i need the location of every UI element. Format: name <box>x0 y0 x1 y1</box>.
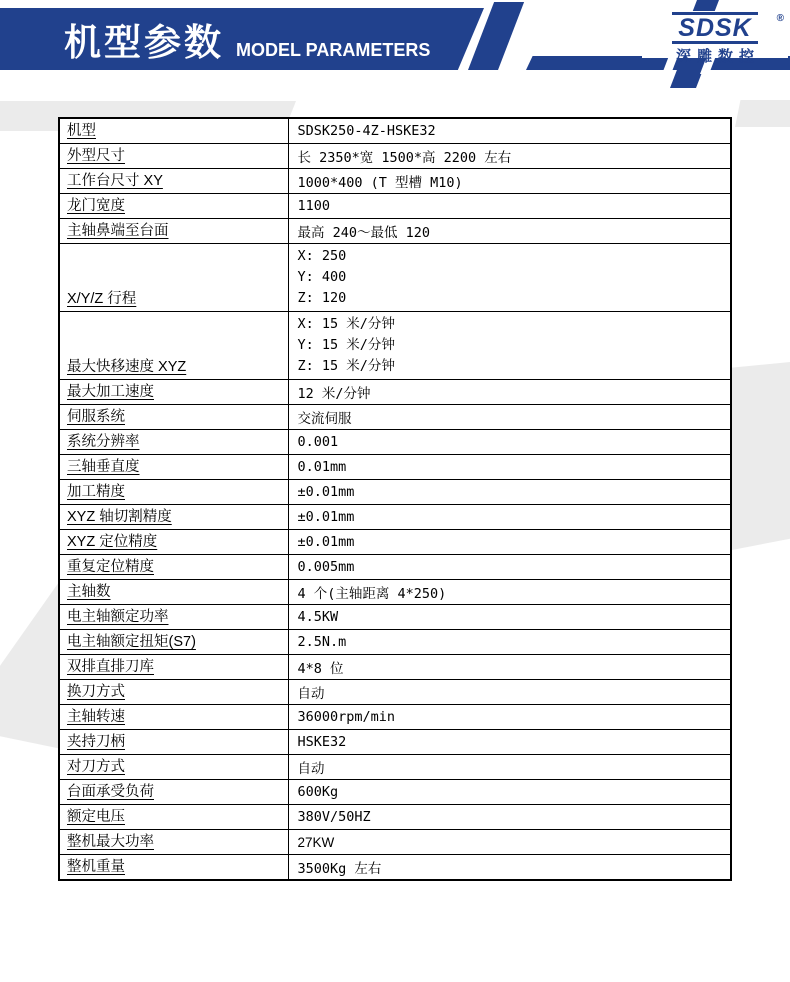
param-value-cell: X: 250 Y: 400 Z: 120 <box>288 244 731 312</box>
param-label-cell: 伺服系统 <box>59 405 288 430</box>
param-value-cell: 交流伺服 <box>288 405 731 430</box>
page-title-zh: 机型参数 <box>64 24 224 61</box>
table-row: 加工精度 ±0.01mm <box>59 480 731 505</box>
param-value-cell: 600Kg <box>288 780 731 805</box>
param-value-cell: HSKE32 <box>288 730 731 755</box>
table-row: 夹持刀柄 HSKE32 <box>59 730 731 755</box>
param-value-cell: 0.001 <box>288 430 731 455</box>
param-label-cell: 电主轴额定功率 <box>59 605 288 630</box>
param-value-cell: 12 米/分钟 <box>288 380 731 405</box>
param-label-cell: 额定电压 <box>59 805 288 830</box>
param-label-cell: 主轴数 <box>59 580 288 605</box>
param-value-cell: 0.005mm <box>288 555 731 580</box>
param-label-cell: 对刀方式 <box>59 755 288 780</box>
param-label-cell: XYZ 定位精度 <box>59 530 288 555</box>
parameters-table: 机型 SDSK250-4Z-HSKE32 外型尺寸 长 2350*宽 1500*… <box>58 117 732 868</box>
param-label-cell: 系统分辨率 <box>59 430 288 455</box>
table-row: X/Y/Z 行程 X: 250 Y: 400 Z: 120 <box>59 244 731 312</box>
brand-logo: ® SDSK 深雕数控 <box>642 11 788 58</box>
param-value-cell: X: 15 米/分钟 Y: 15 米/分钟 Z: 15 米/分钟 <box>288 312 731 380</box>
gray-stripe-top-right <box>735 100 790 127</box>
gray-ribbon-left <box>0 578 60 750</box>
table-row: 额定电压 380V/50HZ <box>59 805 731 830</box>
param-value-cell: 自动 <box>288 680 731 705</box>
table-row: 最大快移速度 XYZ X: 15 米/分钟 Y: 15 米/分钟 Z: 15 米… <box>59 312 731 380</box>
table-row: XYZ 轴切割精度 ±0.01mm <box>59 505 731 530</box>
param-label-cell: X/Y/Z 行程 <box>59 244 288 312</box>
param-label-cell: 机型 <box>59 118 288 144</box>
param-value-cell: 自动 <box>288 755 731 780</box>
param-label-cell: 外型尺寸 <box>59 144 288 169</box>
param-label-cell: 三轴垂直度 <box>59 455 288 480</box>
table-row: 重复定位精度 0.005mm <box>59 555 731 580</box>
table-row: 机型 SDSK250-4Z-HSKE32 <box>59 118 731 144</box>
param-label-cell: 最大加工速度 <box>59 380 288 405</box>
param-value-cell: 最高 240～最低 120 <box>288 219 731 244</box>
param-label-cell: 主轴鼻端至台面 <box>59 219 288 244</box>
table-row: 换刀方式 自动 <box>59 680 731 705</box>
table-row: 伺服系统 交流伺服 <box>59 405 731 430</box>
param-value-cell: SDSK250-4Z-HSKE32 <box>288 118 731 144</box>
table-row: 工作台尺寸 XY 1000*400 (T 型槽 M10) <box>59 169 731 194</box>
table-row: 三轴垂直度 0.01mm <box>59 455 731 480</box>
table-row: 最大加工速度 12 米/分钟 <box>59 380 731 405</box>
logo-wordmark: SDSK <box>672 12 757 44</box>
registered-trademark-icon: ® <box>777 13 784 24</box>
param-label-cell: 台面承受负荷 <box>59 780 288 805</box>
param-value-cell: ±0.01mm <box>288 480 731 505</box>
table-row: 台面承受负荷 600Kg <box>59 780 731 805</box>
param-value-cell: 1000*400 (T 型槽 M10) <box>288 169 731 194</box>
param-value-cell: 27KW <box>288 830 731 855</box>
param-value-cell: 36000rpm/min <box>288 705 731 730</box>
table-row: 电主轴额定功率 4.5KW <box>59 605 731 630</box>
logo-brand-zh: 深雕数控 <box>642 45 788 66</box>
table-row: 主轴鼻端至台面 最高 240～最低 120 <box>59 219 731 244</box>
param-value-cell: 4.5KW <box>288 605 731 630</box>
param-value-cell: 2.5N.m <box>288 630 731 655</box>
param-label-cell: 龙门宽度 <box>59 194 288 219</box>
param-label-cell: XYZ 轴切割精度 <box>59 505 288 530</box>
param-label-cell: 电主轴额定扭矩(S7) <box>59 630 288 655</box>
param-label-cell: 加工精度 <box>59 480 288 505</box>
table-row: 外型尺寸 长 2350*宽 1500*高 2200 左右 <box>59 144 731 169</box>
param-label-cell: 整机最大功率 <box>59 830 288 855</box>
param-value-cell: 1100 <box>288 194 731 219</box>
table-row: 电主轴额定扭矩(S7) 2.5N.m <box>59 630 731 655</box>
gray-ribbon-right <box>732 362 790 550</box>
table-row: 主轴转速 36000rpm/min <box>59 705 731 730</box>
param-value-cell: 长 2350*宽 1500*高 2200 左右 <box>288 144 731 169</box>
header-band: 机型参数 MODEL PARAMETERS <box>0 8 484 70</box>
spec-sheet-page: 机型参数 MODEL PARAMETERS ® SDSK 深雕数控 机型 SDS… <box>0 0 790 982</box>
param-value-cell: 4 个(主轴距离 4*250) <box>288 580 731 605</box>
table-row: 整机重量 3500Kg 左右 <box>59 855 731 881</box>
param-value-cell: 3500Kg 左右 <box>288 855 731 881</box>
table-row: 主轴数 4 个(主轴距离 4*250) <box>59 580 731 605</box>
param-label-cell: 换刀方式 <box>59 680 288 705</box>
param-label-cell: 重复定位精度 <box>59 555 288 580</box>
param-label-cell: 夹持刀柄 <box>59 730 288 755</box>
table-row: 龙门宽度 1100 <box>59 194 731 219</box>
param-label-cell: 整机重量 <box>59 855 288 881</box>
page-title-en: MODEL PARAMETERS <box>236 41 430 59</box>
table-row: 整机最大功率 27KW <box>59 830 731 855</box>
table-row: 双排直排刀库 4*8 位 <box>59 655 731 680</box>
param-value-cell: 380V/50HZ <box>288 805 731 830</box>
param-value-cell: ±0.01mm <box>288 505 731 530</box>
param-value-cell: 4*8 位 <box>288 655 731 680</box>
param-label-cell: 双排直排刀库 <box>59 655 288 680</box>
param-value-cell: ±0.01mm <box>288 530 731 555</box>
param-label-cell: 最大快移速度 XYZ <box>59 312 288 380</box>
table-row: XYZ 定位精度 ±0.01mm <box>59 530 731 555</box>
parameters-table-body: 机型 SDSK250-4Z-HSKE32 外型尺寸 长 2350*宽 1500*… <box>59 118 731 880</box>
table-row: 系统分辨率 0.001 <box>59 430 731 455</box>
param-label-cell: 主轴转速 <box>59 705 288 730</box>
param-value-cell: 0.01mm <box>288 455 731 480</box>
table-row: 对刀方式 自动 <box>59 755 731 780</box>
param-label-cell: 工作台尺寸 XY <box>59 169 288 194</box>
